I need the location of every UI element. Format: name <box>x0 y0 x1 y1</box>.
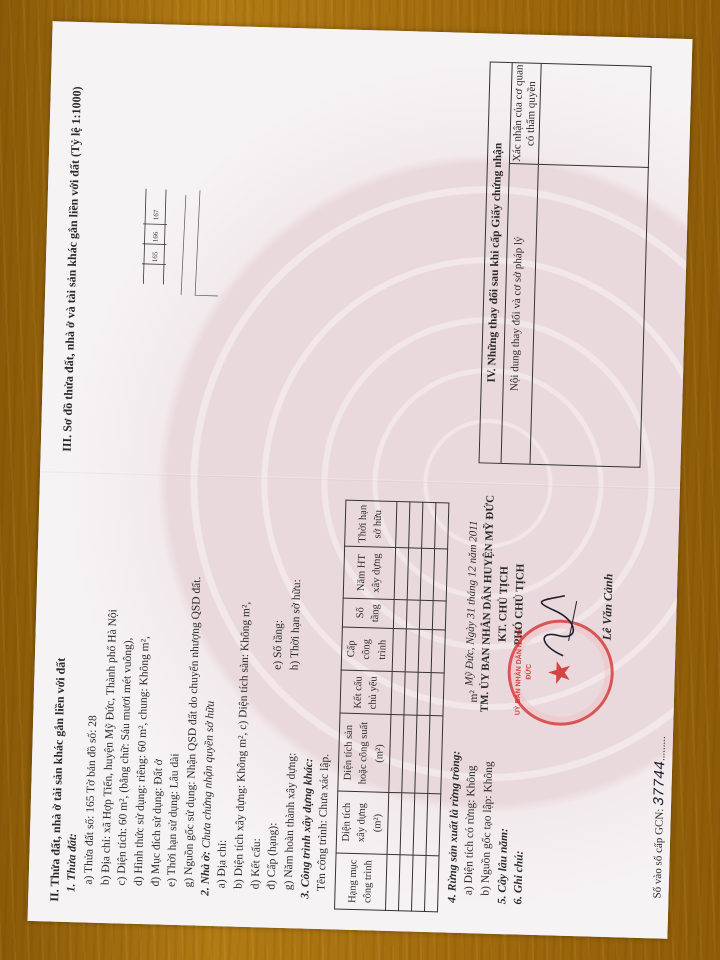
svg-text:167: 167 <box>152 209 160 220</box>
table-cell <box>432 600 446 629</box>
works-col-header: Số tầng <box>343 598 394 628</box>
works-table-body <box>385 502 448 912</box>
table-cell <box>395 502 409 549</box>
works-col-header: Diện tích xây dựng (m²) <box>336 791 388 854</box>
works-col-header: Hạng mục công trình <box>335 853 387 911</box>
registry-label: Số vào sổ cấp GCN: <box>651 809 666 899</box>
registry-number-line: Số vào sổ cấp GCN: 37744......... <box>646 736 672 899</box>
table-cell <box>392 628 406 672</box>
registry-number: 37744 <box>651 761 669 806</box>
land-certificate-document: II. Thửa đất, nhà ở tài sản khác gắn liề… <box>28 21 693 939</box>
house-heading-label: 2. Nhà ở: <box>199 851 212 896</box>
table-cell <box>431 629 445 673</box>
changes-table-body <box>531 64 652 467</box>
table-cell <box>434 503 448 550</box>
table-cell <box>430 673 444 716</box>
table-cell <box>418 629 432 673</box>
table-cell <box>404 672 418 715</box>
changes-table: IV. Những thay đổi sau khi cấp Giấy chứn… <box>479 61 652 467</box>
left-page: II. Thửa đất, nhà ở tài sản khác gắn liề… <box>46 482 657 919</box>
works-col-header: Năm HT xây dựng <box>343 547 395 600</box>
change-content-cell <box>531 164 649 467</box>
table-cell <box>424 855 439 912</box>
house-heading-note: Chưa chứng nhận quyền sở hữu <box>200 701 216 849</box>
works-col-header: Cấp công trình <box>341 627 393 672</box>
right-page: III. Sơ đồ thửa đất, nhà ở và tài sản kh… <box>59 42 670 469</box>
house-floors: e) Số tầng: <box>270 620 288 670</box>
forest-area-value: a) Diện tích có rừng: Không <box>463 765 479 895</box>
works-col-header: Diện tích sàn hoặc công suất (m²) <box>338 713 391 792</box>
table-cell <box>417 673 431 716</box>
table-cell <box>408 502 422 549</box>
col-authority-confirmation: Xác nhận của cơ quan có thẩm quyền <box>510 63 541 164</box>
house-ownership-term: h) Thời hạn sở hữu: <box>287 579 306 670</box>
svg-text:165: 165 <box>151 251 159 262</box>
table-cell <box>428 716 443 794</box>
table-cell <box>406 600 420 629</box>
authority-confirmation-cell <box>539 64 652 167</box>
table-cell <box>421 502 435 549</box>
table-cell <box>405 629 419 673</box>
star-emblem-icon: ★ <box>539 659 583 687</box>
works-table: Hạng mục công trìnhDiện tích xây dựng (m… <box>334 500 449 913</box>
table-cell <box>393 599 407 628</box>
section-iii-title: III. Sơ đồ thửa đất, nhà ở và tài sản kh… <box>59 42 88 452</box>
handwritten-signature-icon <box>533 590 585 661</box>
svg-text:166: 166 <box>152 231 160 242</box>
table-cell <box>426 794 441 856</box>
works-col-header: Kết cấu chủ yếu <box>340 670 392 714</box>
parcel-map-diagram: 165 166 167 <box>133 184 226 306</box>
table-cell <box>391 672 405 715</box>
signer-name: Lê Văn Cảnh <box>596 497 620 717</box>
works-col-header: Thời hạn sở hữu <box>345 500 397 548</box>
table-cell <box>433 549 447 601</box>
table-cell <box>419 600 433 629</box>
